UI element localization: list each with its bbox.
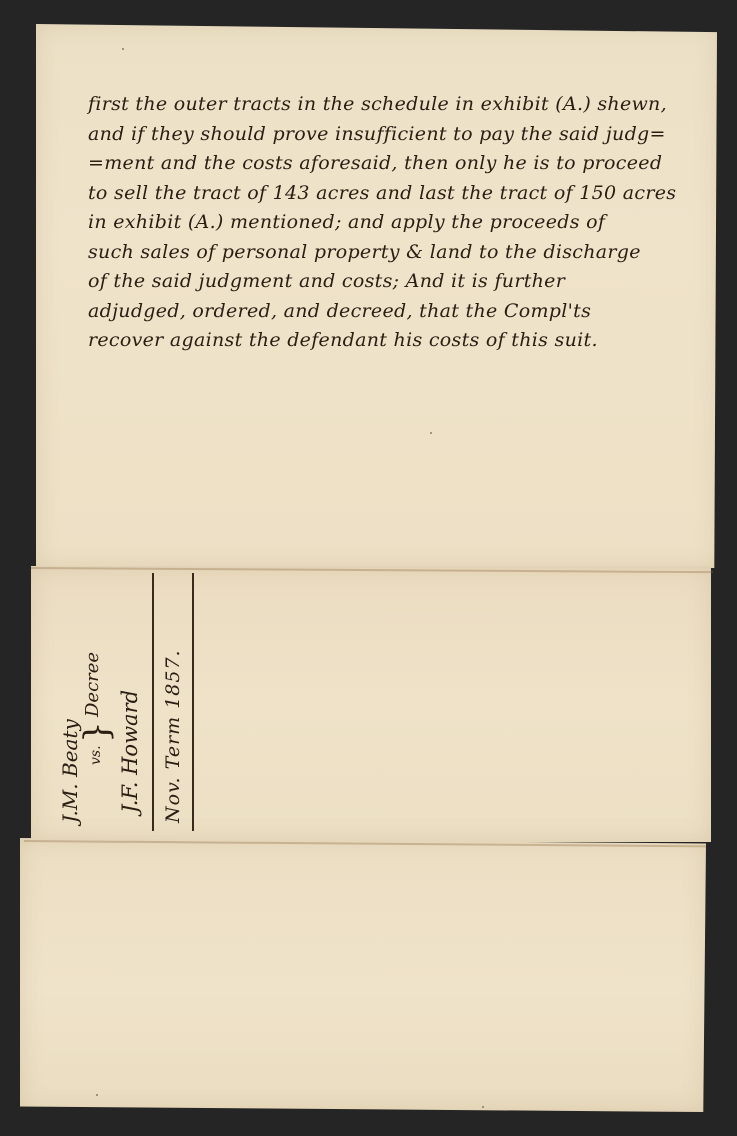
docket-endorsement: J.M. Beaty vs. } Decree J.F. Howard Nov.… (58, 575, 208, 835)
bottom-fold-panel (20, 838, 706, 1112)
document-scan: first the outer tracts in the schedule i… (0, 0, 737, 1136)
ink-speck (122, 48, 124, 50)
docket-term: Nov. Term 1857. (162, 649, 184, 823)
body-line: such sales of personal property & land t… (88, 238, 718, 268)
ink-speck (430, 432, 432, 434)
body-line: first the outer tracts in the schedule i… (88, 90, 718, 120)
body-line: and if they should prove insufficient to… (88, 120, 718, 150)
body-line: adjudged, ordered, and decreed, that the… (88, 297, 718, 327)
docket-defendant: J.F. Howard (118, 690, 142, 813)
body-line: =ment and the costs aforesaid, then only… (88, 149, 718, 179)
docket-versus: vs. (88, 745, 104, 765)
ink-speck (96, 1094, 98, 1096)
body-line: in exhibit (A.) mentioned; and apply the… (88, 208, 718, 238)
docket-divider (192, 573, 194, 831)
decree-body-text: first the outer tracts in the schedule i… (88, 90, 718, 356)
brace-icon: } (80, 721, 114, 743)
docket-divider (152, 573, 154, 831)
bleed-through-text (220, 62, 225, 82)
body-line: to sell the tract of 143 acres and last … (88, 179, 718, 209)
body-line: of the said judgment and costs; And it i… (88, 267, 718, 297)
ink-speck (482, 1106, 484, 1108)
docket-document-type: Decree (82, 652, 103, 717)
body-line: recover against the defendant his costs … (88, 326, 718, 356)
